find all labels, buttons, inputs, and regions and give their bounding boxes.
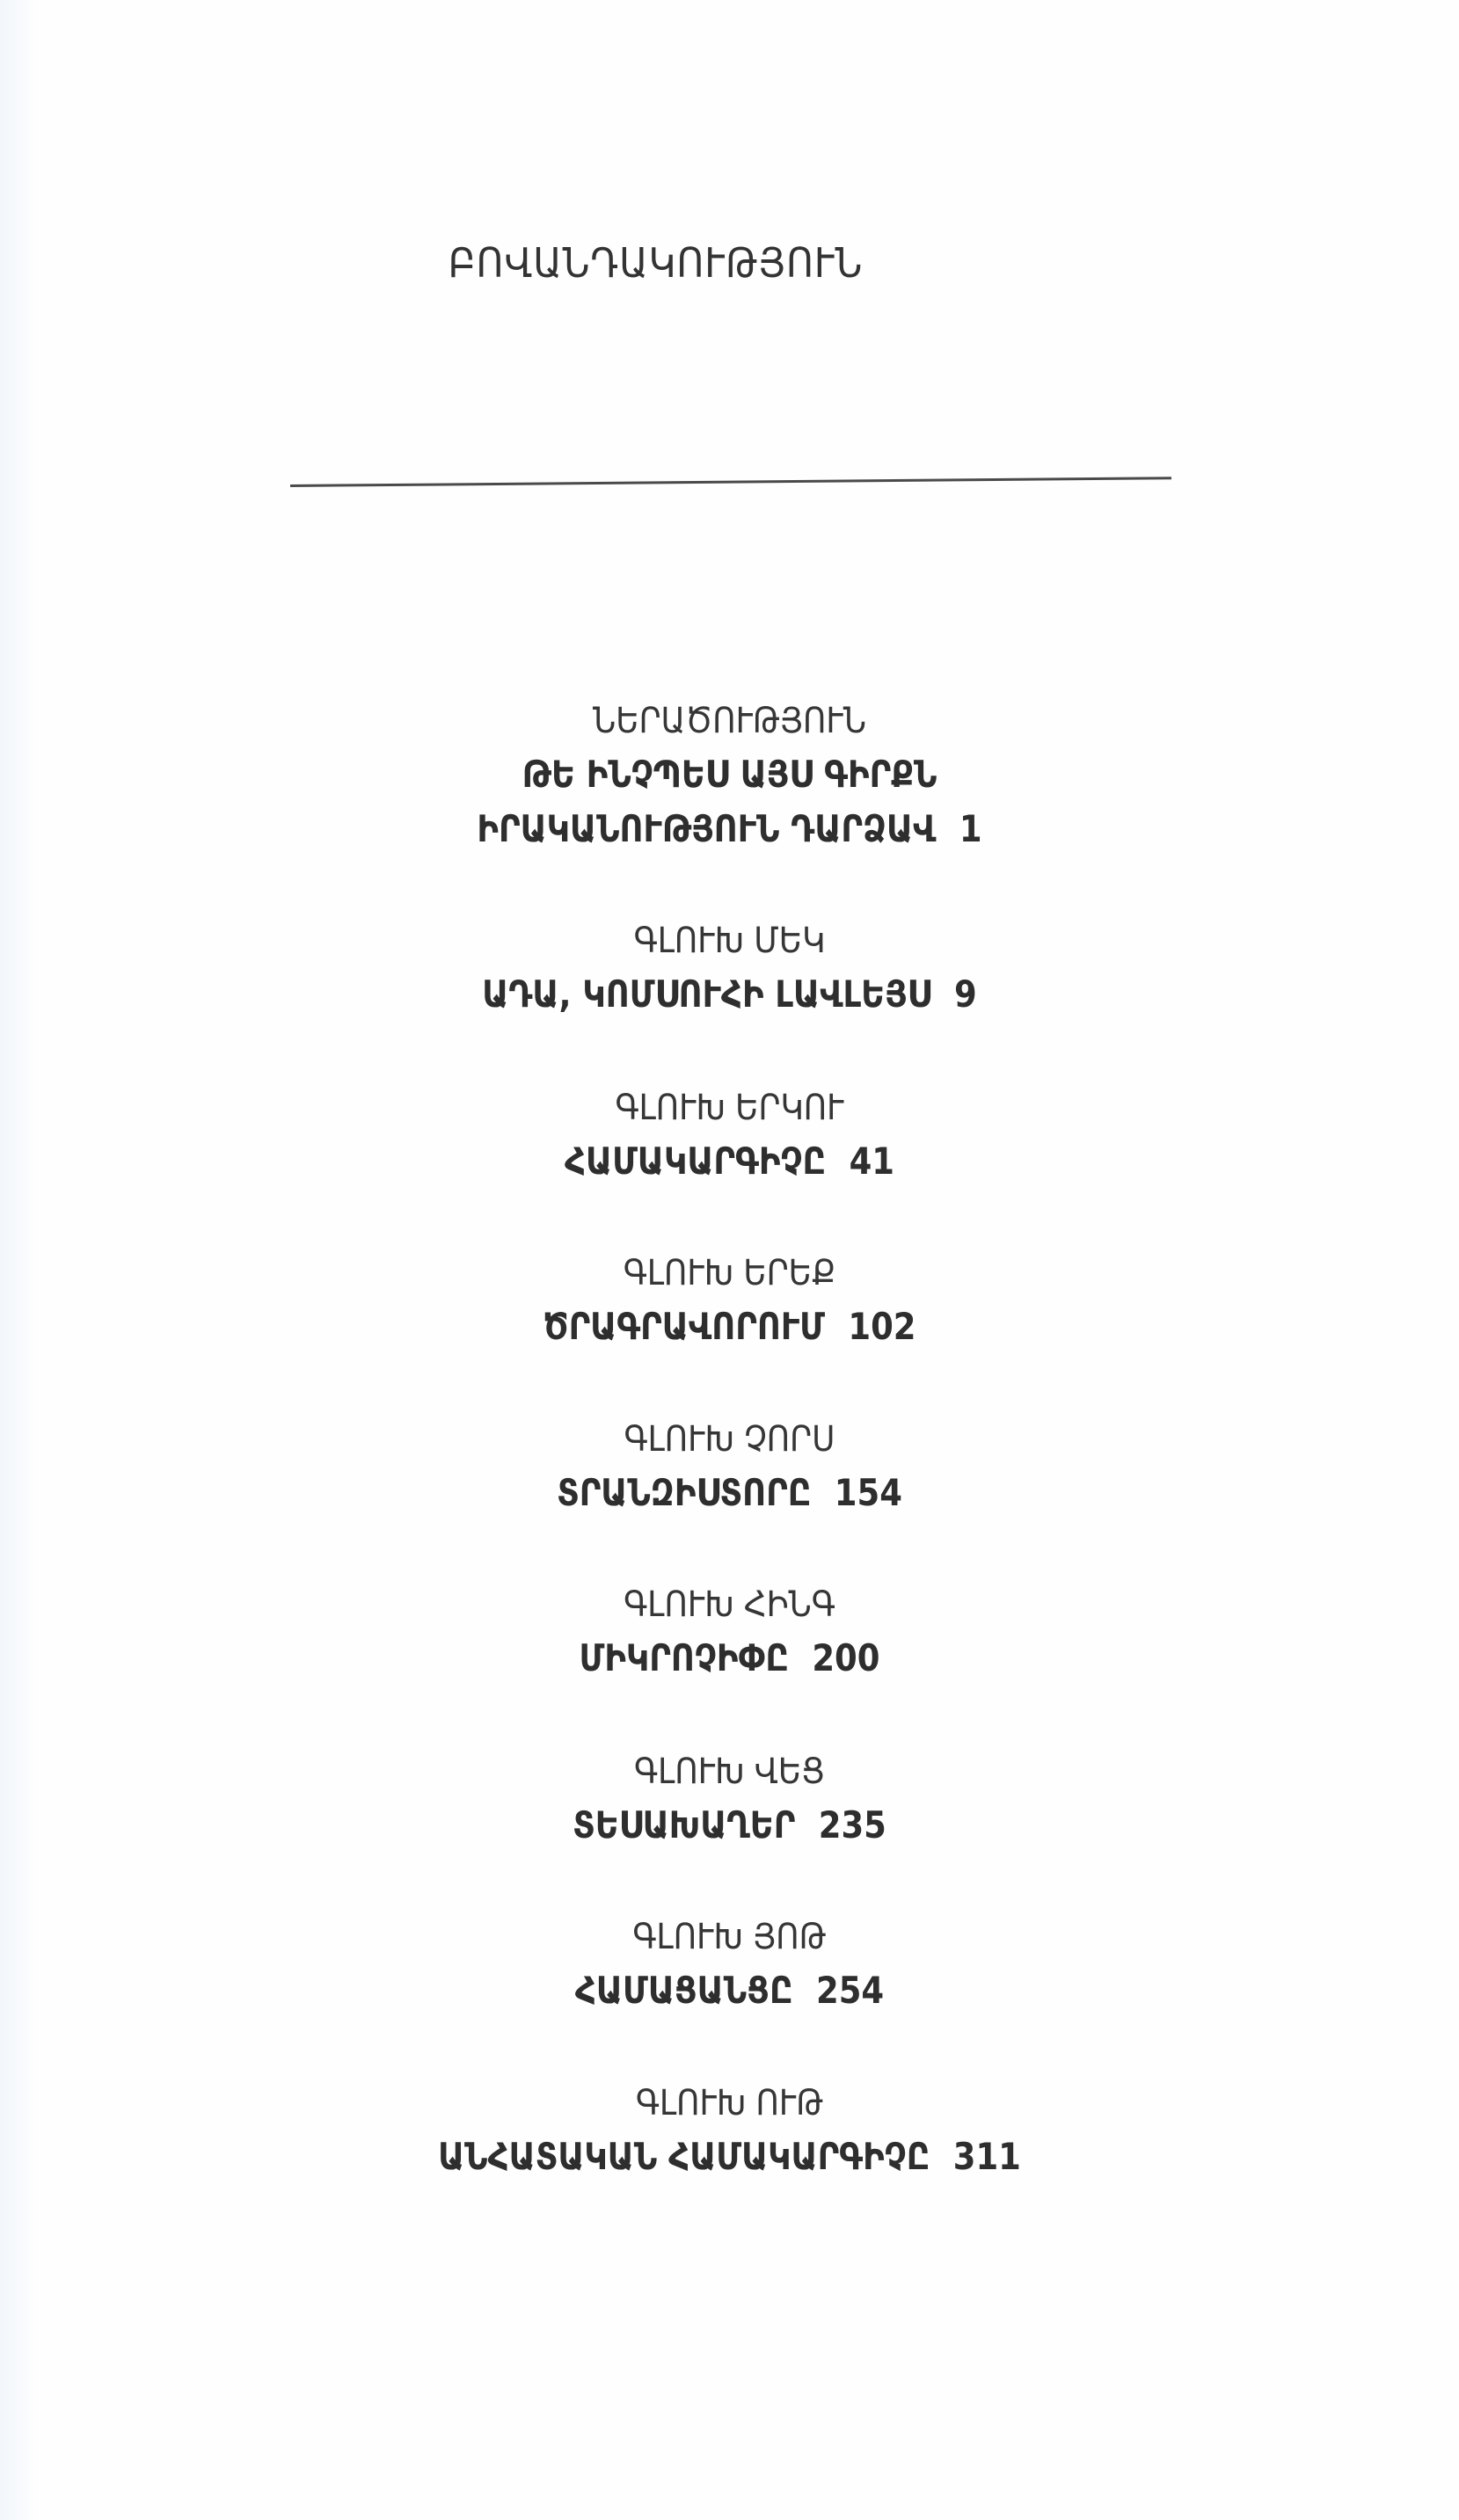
page-number: 102 bbox=[848, 1305, 916, 1348]
entry-label: ԳԼՈՒԽ ՅՈԹ bbox=[73, 1919, 1386, 1955]
entry-label: ԳԼՈՒԽ ՉՈՐՍ bbox=[73, 1422, 1386, 1457]
entry-title: ԾՐԱԳՐԱՎՈՐՈՒՄ102 bbox=[88, 1308, 1372, 1345]
title-divider bbox=[290, 477, 1171, 487]
entry-title: ՄԻԿՐՈՉԻՓԸ200 bbox=[88, 1640, 1372, 1677]
entry-title-text: ՏՐԱՆԶԻՍՏՈՐԸ bbox=[557, 1471, 811, 1514]
entry-label: ԳԼՈՒԽ ՄԵԿ bbox=[73, 923, 1386, 958]
page-number: 9 bbox=[954, 972, 977, 1016]
page-number: 41 bbox=[850, 1140, 894, 1183]
entry-label: ԳԼՈՒԽ ՀԻՆԳ bbox=[73, 1587, 1386, 1622]
entry-title-text: ԻՐԱԿԱՆՈՒԹՅՈՒՆ ԴԱՐՁԱՎ bbox=[477, 807, 936, 850]
entry-label: ԳԼՈՒԽ ՎԵՑ bbox=[73, 1754, 1386, 1789]
entry-title-text: ՄԻԿՐՈՉԻՓԸ bbox=[580, 1636, 789, 1679]
entry-title: ՏՐԱՆԶԻՍՏՈՐԸ154 bbox=[88, 1475, 1372, 1511]
entry-title: ՏԵՍԱԽԱՂԵՐ235 bbox=[88, 1807, 1372, 1844]
toc-entry-chapter-4[interactable]: ԳԼՈՒԽ ՉՈՐՍ ՏՐԱՆԶԻՍՏՈՐԸ154 bbox=[0, 1422, 1459, 1511]
page-title: ԲՈՎԱՆԴԱԿՈՒԹՅՈՒՆ bbox=[0, 239, 1327, 287]
toc-entry-chapter-1[interactable]: ԳԼՈՒԽ ՄԵԿ ԱԴԱ, ԿՈՄՍՈՒՀԻ ԼԱՎԼԵՅՍ9 bbox=[0, 923, 1459, 1013]
page-number: 235 bbox=[819, 1803, 886, 1846]
page-number: 254 bbox=[816, 1969, 884, 2012]
page-number: 200 bbox=[812, 1636, 879, 1679]
entry-title-text: ՏԵՍԱԽԱՂԵՐ bbox=[573, 1803, 795, 1846]
table-of-contents: ԲՈՎԱՆԴԱԿՈՒԹՅՈՒՆ ՆԵՐԱԾՈՒԹՅՈՒՆ ԹԵ ԻՆՉՊԵՍ Ա… bbox=[0, 0, 1459, 2520]
entry-title-text: ՀԱՄԱՑԱՆՑԸ bbox=[575, 1969, 793, 2012]
entry-title-text: ԱՆՀԱՏԱԿԱՆ ՀԱՄԱԿԱՐԳԻՉԸ bbox=[438, 2135, 930, 2178]
toc-entry-chapter-5[interactable]: ԳԼՈՒԽ ՀԻՆԳ ՄԻԿՐՈՉԻՓԸ200 bbox=[0, 1587, 1459, 1677]
entry-title: ԱՆՀԱՏԱԿԱՆ ՀԱՄԱԿԱՐԳԻՉԸ311 bbox=[88, 2138, 1372, 2175]
entry-label: ՆԵՐԱԾՈՒԹՅՈՒՆ bbox=[73, 703, 1386, 739]
toc-entry-chapter-8[interactable]: ԳԼՈՒԽ ՈՒԹ ԱՆՀԱՏԱԿԱՆ ՀԱՄԱԿԱՐԳԻՉԸ311 bbox=[0, 2086, 1459, 2175]
toc-entry-chapter-3[interactable]: ԳԼՈՒԽ ԵՐԵՔ ԾՐԱԳՐԱՎՈՐՈՒՄ102 bbox=[0, 1256, 1459, 1345]
entry-title: ՀԱՄԱՑԱՆՑԸ254 bbox=[88, 1972, 1372, 2009]
entry-title-text: ԾՐԱԳՐԱՎՈՐՈՒՄ bbox=[543, 1305, 825, 1348]
toc-entry-introduction[interactable]: ՆԵՐԱԾՈՒԹՅՈՒՆ ԹԵ ԻՆՉՊԵՍ ԱՅՍ ԳԻՐՔՆ ԻՐԱԿԱՆՈ… bbox=[0, 703, 1459, 848]
entry-label: ԳԼՈՒԽ ԵՐԿՈՒ bbox=[73, 1090, 1386, 1125]
toc-entry-chapter-7[interactable]: ԳԼՈՒԽ ՅՈԹ ՀԱՄԱՑԱՆՑԸ254 bbox=[0, 1919, 1459, 2009]
entry-title-text: ՀԱՄԱԿԱՐԳԻՉԸ bbox=[565, 1140, 826, 1183]
entry-title: ՀԱՄԱԿԱՐԳԻՉԸ41 bbox=[88, 1143, 1372, 1180]
entry-title: ԹԵ ԻՆՉՊԵՍ ԱՅՍ ԳԻՐՔՆ ԻՐԱԿԱՆՈՒԹՅՈՒՆ ԴԱՐՁԱՎ… bbox=[88, 756, 1372, 848]
entry-title-line-1: ԹԵ ԻՆՉՊԵՍ ԱՅՍ ԳԻՐՔՆ bbox=[88, 756, 1372, 793]
page-number: 1 bbox=[959, 807, 982, 850]
entry-label: ԳԼՈՒԽ ՈՒԹ bbox=[73, 2086, 1386, 2121]
entry-title-text: ԱԴԱ, ԿՈՄՍՈՒՀԻ ԼԱՎԼԵՅՍ bbox=[482, 972, 930, 1016]
toc-entry-chapter-2[interactable]: ԳԼՈՒԽ ԵՐԿՈՒ ՀԱՄԱԿԱՐԳԻՉԸ41 bbox=[0, 1090, 1459, 1180]
entry-title: ԱԴԱ, ԿՈՄՍՈՒՀԻ ԼԱՎԼԵՅՍ9 bbox=[88, 976, 1372, 1013]
page-number: 154 bbox=[835, 1471, 902, 1514]
toc-entry-chapter-6[interactable]: ԳԼՈՒԽ ՎԵՑ ՏԵՍԱԽԱՂԵՐ235 bbox=[0, 1754, 1459, 1844]
entry-title-line-2: ԻՐԱԿԱՆՈՒԹՅՈՒՆ ԴԱՐՁԱՎ1 bbox=[88, 811, 1372, 848]
entry-label: ԳԼՈՒԽ ԵՐԵՔ bbox=[73, 1256, 1386, 1291]
page-number: 311 bbox=[953, 2135, 1021, 2178]
